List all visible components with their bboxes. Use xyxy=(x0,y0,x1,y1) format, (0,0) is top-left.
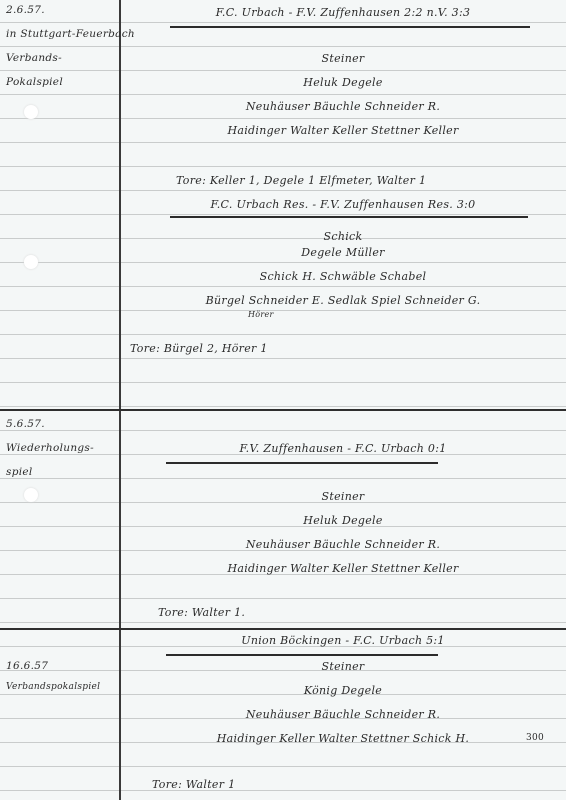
title-underline xyxy=(166,654,438,656)
lineup-line: Steiner xyxy=(120,660,566,673)
entry-separator xyxy=(0,409,566,411)
lineup-line: Heluk Degele xyxy=(120,514,566,527)
lineup-line: Degele Müller xyxy=(120,246,566,259)
punch-hole xyxy=(24,255,38,269)
match-title: Union Böckingen - F.C. Urbach 5:1 xyxy=(120,634,566,647)
lineup-line: Steiner xyxy=(120,52,566,65)
lineup-line: Heluk Degele xyxy=(120,76,566,89)
goals-line: Tore: Walter 1 xyxy=(152,778,235,791)
match-title: F.C. Urbach Res. - F.V. Zuffenhausen Res… xyxy=(120,198,566,211)
title-underline xyxy=(170,26,530,28)
lineup-line: Haidinger Walter Keller Stettner Keller xyxy=(120,562,566,575)
entry-competition: Verbandspokalspiel xyxy=(6,682,100,692)
goals-line: Tore: Keller 1, Degele 1 Elfmeter, Walte… xyxy=(176,174,426,187)
lineup-line: Schick H. Schwäble Schabel xyxy=(120,270,566,283)
margin-line xyxy=(119,0,121,800)
lineup-line: Schick xyxy=(120,230,566,243)
goals-line: Tore: Walter 1. xyxy=(158,606,245,619)
lineup-line: Neuhäuser Bäuchle Schneider R. xyxy=(120,100,566,113)
lineup-line: Haidinger Walter Keller Stettner Keller xyxy=(120,124,566,137)
margin-note: 300 xyxy=(526,733,544,743)
lineup-line: König Degele xyxy=(120,684,566,697)
entry-date: 5.6.57. xyxy=(6,418,45,430)
entry-separator xyxy=(0,628,566,630)
goals-line: Tore: Bürgel 2, Hörer 1 xyxy=(130,342,268,355)
ledger-page: 2.6.57. in Stuttgart-Feuerbach Verbands-… xyxy=(0,0,566,800)
lineup-annotation: Hörer xyxy=(248,310,274,319)
entry-competition: Wiederholungs- xyxy=(6,442,94,454)
match-title: F.C. Urbach - F.V. Zuffenhausen 2:2 n.V.… xyxy=(120,6,566,19)
match-title: F.V. Zuffenhausen - F.C. Urbach 0:1 xyxy=(120,442,566,455)
entry-competition: Verbands- xyxy=(6,52,62,64)
entry-location: in Stuttgart-Feuerbach xyxy=(6,28,135,40)
entry-date: 16.6.57 xyxy=(6,660,48,672)
punch-hole xyxy=(24,488,38,502)
lineup-line: Steiner xyxy=(120,490,566,503)
title-underline xyxy=(170,216,528,218)
lineup-line: Neuhäuser Bäuchle Schneider R. xyxy=(120,538,566,551)
entry-competition: Pokalspiel xyxy=(6,76,63,88)
lineup-line: Haidinger Keller Walter Stettner Schick … xyxy=(120,732,566,745)
lineup-line: Bürgel Schneider E. Sedlak Spiel Schneid… xyxy=(120,294,566,307)
punch-hole xyxy=(24,105,38,119)
entry-competition: spiel xyxy=(6,466,33,478)
entry-date: 2.6.57. xyxy=(6,4,45,16)
title-underline xyxy=(166,462,438,464)
lineup-line: Neuhäuser Bäuchle Schneider R. xyxy=(120,708,566,721)
